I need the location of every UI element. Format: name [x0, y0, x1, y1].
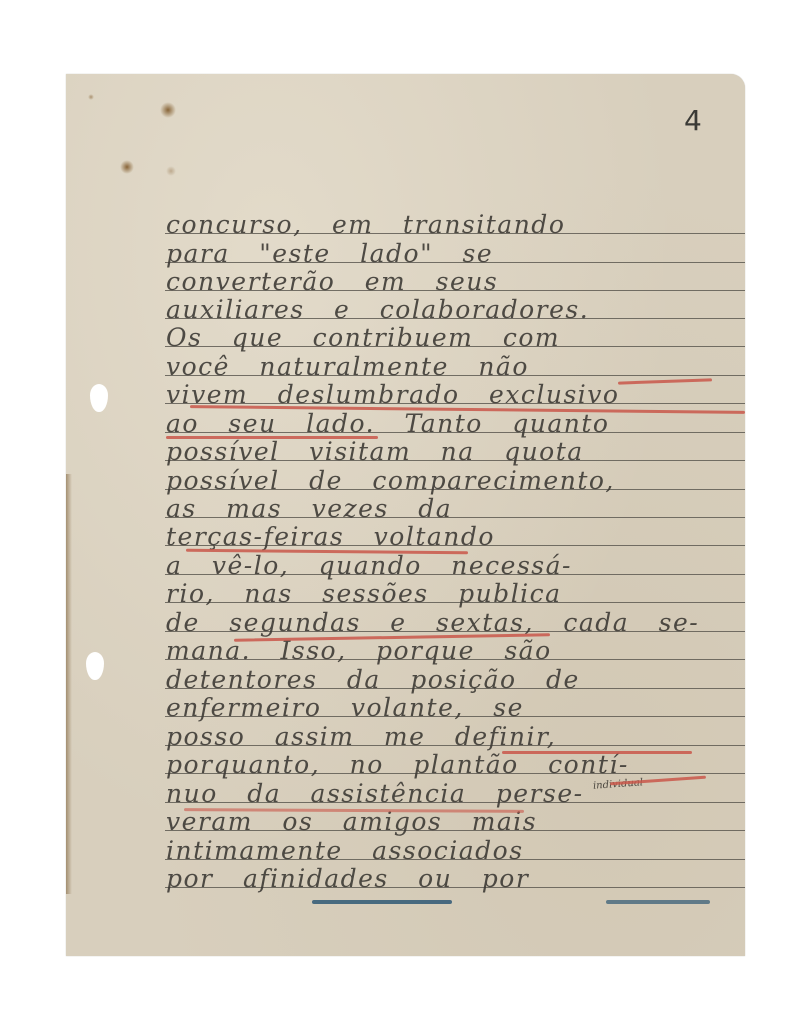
text-line: porquanto, no plantão contí- [166, 751, 729, 779]
text-line: Os que contribuem com [166, 324, 729, 352]
text-line: enfermeiro volante, se [166, 694, 729, 722]
edge-stain [66, 474, 72, 894]
blue-underline [606, 900, 710, 904]
text-line: você naturalmente não [166, 353, 729, 381]
text-line: terças-feiras voltando [166, 523, 729, 551]
manuscript-page: 4 concurso, em transitando para "este la… [66, 74, 745, 956]
text-line: detentores da posição de [166, 666, 729, 694]
text-line: de segundas e sextas, cada se- [166, 609, 729, 637]
blue-underline [312, 900, 452, 904]
text-line: concurso, em transitando [166, 211, 729, 239]
text-line: ao seu lado. Tanto quanto [166, 410, 729, 438]
text-line: as mas vezes da [166, 495, 729, 523]
red-underline [502, 751, 692, 754]
text-line: posso assim me definir, [166, 723, 729, 751]
text-line: possível de comparecimento, [166, 467, 729, 495]
red-underline [166, 436, 378, 439]
punch-hole-bottom [86, 652, 104, 680]
text-line: rio, nas sessões publica [166, 580, 729, 608]
text-line: converterão em seus [166, 268, 729, 296]
page-number: 4 [684, 104, 702, 137]
foxing-spot [88, 94, 94, 100]
text-line: auxiliares e colaboradores. [166, 296, 729, 324]
foxing-spot [166, 166, 176, 176]
text-line: por afinidades ou por [166, 865, 729, 893]
punch-hole-top [90, 384, 108, 412]
text-line: a vê-lo, quando necessá- [166, 552, 729, 580]
text-line: possível visitam na quota [166, 438, 729, 466]
foxing-spot [160, 102, 176, 118]
text-line: intimamente associados [166, 837, 729, 865]
text-line: nuo da assistência perse- [166, 780, 729, 808]
foxing-spot [120, 160, 134, 174]
text-line: para "este lado" se [166, 240, 729, 268]
